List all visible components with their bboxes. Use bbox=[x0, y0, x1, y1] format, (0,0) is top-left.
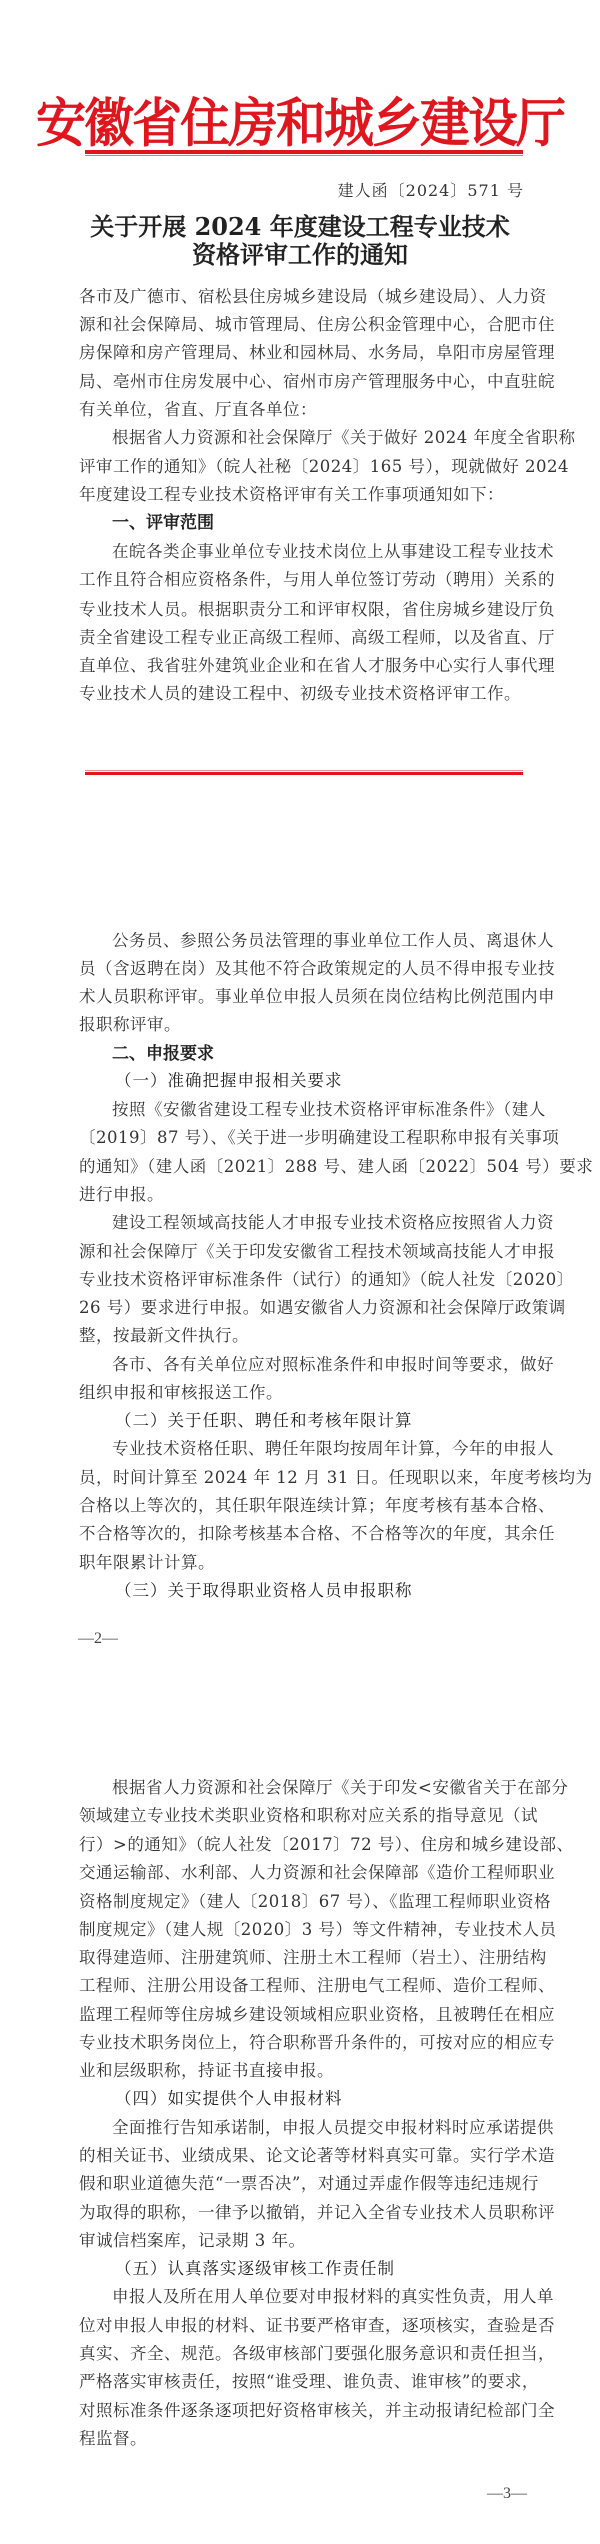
body-text-line: 专业技术资格任职、聘任年限均按周年计算，今年的申报人 bbox=[112, 1435, 529, 1463]
document-title-line-2: 资格评审工作的通知 bbox=[0, 241, 600, 269]
page-1-footer-rule bbox=[85, 772, 523, 775]
body-text-line: 专业技术职务岗位上，符合职称晋升条件的，可按对应的相应专 bbox=[79, 2029, 529, 2057]
body-text-line: 领域建立专业技术类职业资格和职称对应关系的指导意见（试 bbox=[79, 1802, 529, 1830]
body-text-line: 根据省人力资源和社会保障厅《关于做好 2024 年度全省职称 bbox=[112, 424, 529, 452]
page-1-footer-rule-thin bbox=[85, 770, 523, 771]
body-text-line: 程监督。 bbox=[79, 2425, 529, 2453]
body-text-line: 真实、齐全、规范。各级审核部门要强化服务意识和责任担当， bbox=[79, 2340, 529, 2368]
body-text-line: 源和社会保障局、城市管理局、住房公积金管理中心，合肥市住 bbox=[79, 311, 529, 339]
body-text-line: 业和层级职称，持证书直接申报。 bbox=[79, 2057, 529, 2085]
body-text-line: 报职称评审。 bbox=[79, 1011, 529, 1039]
body-text-line: 各市、各有关单位应对照标准条件和申报时间等要求，做好 bbox=[112, 1351, 529, 1379]
issuer-masthead: 安徽省住房和城乡建设厅 bbox=[0, 90, 600, 155]
body-text-line: 资格制度规定》（建人〔2018〕67 号）、《监理工程师职业资格 bbox=[79, 1888, 529, 1916]
body-text-line: 员，时间计算至 2024 年 12 月 31 日。任现职以来，年度考核均为 bbox=[79, 1464, 529, 1492]
page-number-3: —3— bbox=[487, 2485, 527, 2503]
body-text-line: 专业技术人员的建设工程中、初级专业技术资格评审工作。 bbox=[79, 680, 529, 708]
section-heading: （一）准确把握申报相关要求 bbox=[115, 1067, 343, 1095]
body-text-line: 源和社会保障厅《关于印发安徽省工程技术领域高技能人才申报 bbox=[79, 1238, 529, 1266]
document-number: 建人函〔2024〕571 号 bbox=[338, 178, 524, 201]
body-text-line: 员（含返聘在岗）及其他不符合政策规定的人员不得申报专业技 bbox=[79, 955, 529, 983]
body-text-line: 行）>的通知》（皖人社发〔2017〕72 号）、住房和城乡建设部、 bbox=[79, 1831, 529, 1859]
body-text-line: 申报人及所在用人单位要对申报材料的真实性负责，用人单 bbox=[112, 2283, 529, 2311]
page-number-2: —2— bbox=[78, 1630, 118, 1648]
body-text-line: 组织申报和审核报送工作。 bbox=[79, 1379, 529, 1407]
body-text-line: 交通运输部、水利部、人力资源和社会保障部《造价工程师职业 bbox=[79, 1859, 529, 1887]
document-title-line-1: 关于开展 2024 年度建设工程专业技术 bbox=[0, 213, 600, 241]
body-text-line: 全面推行告知承诺制，申报人员提交申报材料时应承诺提供 bbox=[112, 2114, 529, 2142]
body-text-line: 专业技术人员。根据职责分工和评审权限，省住房城乡建设厅负 bbox=[79, 596, 529, 624]
body-text-line: 房保障和房产管理局、林业和园林局、水务局，阜阳市房屋管理 bbox=[79, 339, 529, 367]
body-text-line: 26 号）要求进行申报。如遇安徽省人力资源和社会保障厅政策调 bbox=[79, 1294, 529, 1322]
section-heading: （五）认真落实逐级审核工作责任制 bbox=[115, 2255, 395, 2283]
body-text-line: 整，按最新文件执行。 bbox=[79, 1322, 529, 1350]
body-text-line: 工作且符合相应资格条件，与用人单位签订劳动（聘用）关系的 bbox=[79, 566, 529, 594]
body-text-line: 假和职业道德失范“一票否决”，对通过弄虚作假等违纪违规行 bbox=[79, 2170, 529, 2198]
body-text-line: 根据省人力资源和社会保障厅《关于印发<安徽省关于在部分 bbox=[112, 1774, 529, 1802]
section-heading: 一、评审范围 bbox=[112, 509, 214, 537]
section-heading: 二、申报要求 bbox=[112, 1040, 214, 1068]
body-text-line: 按照《安徽省建设工程专业技术资格评审标准条件》（建人 bbox=[112, 1096, 529, 1124]
body-text-line: 合格以上等次的，其任职年限连续计算；年度考核有基本合格、 bbox=[79, 1492, 529, 1520]
body-text-line: 监理工程师等住房城乡建设领域相应职业资格，且被聘任在相应 bbox=[79, 2001, 529, 2029]
body-text-line: 责全省建设工程专业正高级工程师、高级工程师，以及省直、厅 bbox=[79, 624, 529, 652]
body-text-line: 评审工作的通知》（皖人社秘〔2024〕165 号），现就做好 2024 bbox=[79, 453, 529, 481]
body-text-line: 各市及广德市、宿松县住房城乡建设局（城乡建设局）、人力资 bbox=[79, 283, 529, 311]
body-text-line: 不合格等次的，扣除考核基本合格、不合格等次的年度，其余任 bbox=[79, 1520, 529, 1548]
body-text-line: 严格落实审核责任，按照“谁受理、谁负责、谁审核”的要求， bbox=[79, 2368, 529, 2396]
section-heading: （二）关于任职、聘任和考核年限计算 bbox=[115, 1407, 413, 1435]
body-text-line: 建设工程领域高技能人才申报专业技术资格应按照省人力资 bbox=[112, 1209, 529, 1237]
body-text-line: 〔2019〕87 号）、《关于进一步明确建设工程职称申报有关事项 bbox=[79, 1124, 529, 1152]
body-text-line: 的通知》（建人函〔2021〕288 号、建人函〔2022〕504 号）要求 bbox=[79, 1153, 529, 1181]
body-text-line: 取得建造师、注册建筑师、注册土木工程师（岩土）、注册结构 bbox=[79, 1944, 529, 1972]
body-text-line: 位对申报人申报的材料、证书要严格审查，逐项核实，查验是否 bbox=[79, 2312, 529, 2340]
body-text-line: 职年限累计计算。 bbox=[79, 1549, 529, 1577]
body-text-line: 审诚信档案库，记录期 3 年。 bbox=[79, 2227, 529, 2255]
masthead-red-rule-thin bbox=[85, 155, 523, 156]
body-text-line: 术人员职称评审。事业单位申报人员须在岗位结构比例范围内申 bbox=[79, 983, 529, 1011]
body-text-line: 为取得的职称，一律予以撤销，并记入全省专业技术人员职称评 bbox=[79, 2199, 529, 2227]
section-heading: （三）关于取得职业资格人员申报职称 bbox=[115, 1577, 413, 1605]
body-text-line: 局、亳州市住房发展中心、宿州市房产管理服务中心，中直驻皖 bbox=[79, 368, 529, 396]
body-text-line: 在皖各类企事业单位专业技术岗位上从事建设工程专业技术 bbox=[112, 538, 529, 566]
body-text-line: 的相关证书、业绩成果、论文论著等材料真实可靠。实行学术造 bbox=[79, 2142, 529, 2170]
body-text-line: 公务员、参照公务员法管理的事业单位工作人员、离退休人 bbox=[112, 927, 529, 955]
body-text-line: 工程师、注册公用设备工程师、注册电气工程师、造价工程师、 bbox=[79, 1972, 529, 2000]
masthead-red-rule bbox=[85, 150, 523, 154]
body-text-line: 有关单位，省直、厅直各单位： bbox=[79, 396, 529, 424]
body-text-line: 年度建设工程专业技术资格评审有关工作事项通知如下： bbox=[79, 481, 529, 509]
body-text-line: 对照标准条件逐条逐项把好资格审核关，并主动报请纪检部门全 bbox=[79, 2397, 529, 2425]
body-text-line: 专业技术资格评审标准条件（试行）的通知》（皖人社发〔2020〕 bbox=[79, 1266, 529, 1294]
body-text-line: 进行申报。 bbox=[79, 1181, 529, 1209]
section-heading: （四）如实提供个人申报材料 bbox=[115, 2085, 343, 2113]
body-text-line: 直单位、我省驻外建筑业企业和在省人才服务中心实行人事代理 bbox=[79, 652, 529, 680]
body-text-line: 制度规定》（建人规〔2020〕3 号）等文件精神，专业技术人员 bbox=[79, 1916, 529, 1944]
